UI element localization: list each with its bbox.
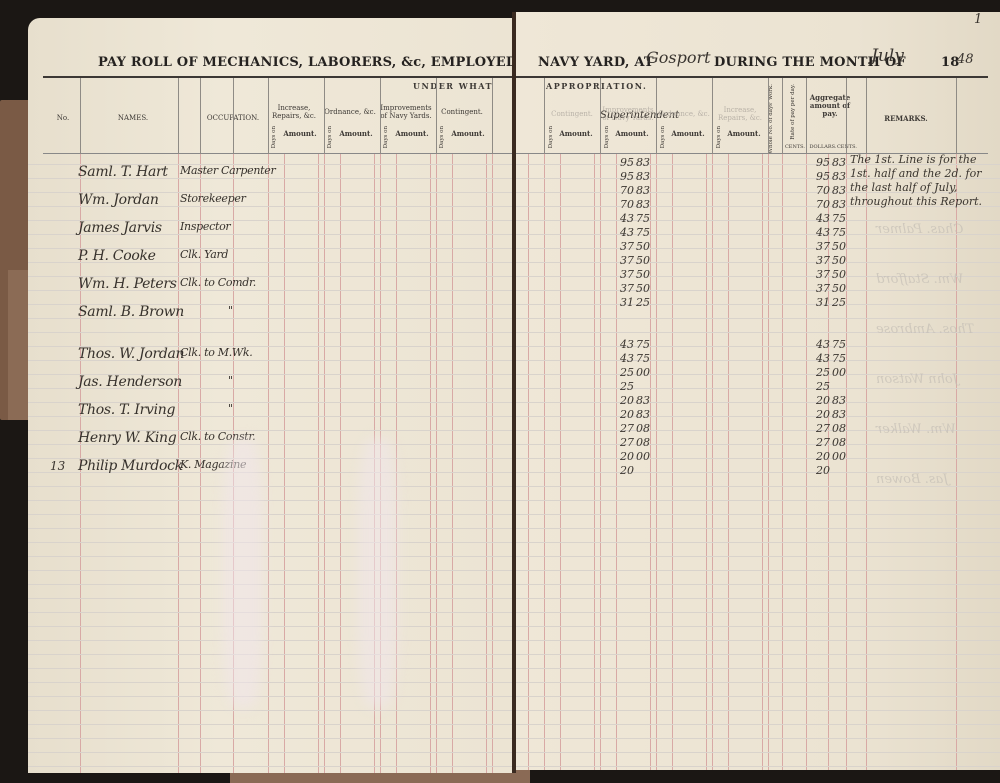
header-top-rule (43, 76, 514, 78)
amount-label: Amount. (282, 130, 318, 138)
ruling-line (656, 154, 657, 770)
ledger-rule (516, 262, 1000, 263)
left-page: PAY ROLL OF MECHANICS, LABORERS, &c, EMP… (28, 18, 514, 773)
amount-label: Amount. (394, 130, 430, 138)
amount-dollars: 43 (620, 226, 634, 239)
ruling-line (762, 154, 763, 770)
amount-dollars: 25 (620, 380, 634, 393)
ledger-rule (28, 514, 514, 515)
amount-dollars: 27 (620, 422, 634, 435)
amount-label: Amount. (558, 130, 594, 138)
ledger-rule (28, 766, 514, 767)
employee-name: Henry W. King (78, 430, 176, 446)
ruling-line (436, 154, 437, 773)
aggregate-dollars: 43 (816, 226, 830, 239)
aggregate-cents: 83 (832, 156, 846, 169)
amount-cents: 83 (636, 170, 650, 183)
aggregate-dollars: 37 (816, 240, 830, 253)
aggregate-dollars: 43 (816, 338, 830, 351)
amount-cents: 75 (636, 352, 650, 365)
aggregate-cents: 08 (832, 422, 846, 435)
header-divider (80, 78, 81, 154)
header-divider (492, 78, 493, 154)
bleed-through-text: Wm. Walker (876, 422, 956, 437)
ledger-rule (516, 696, 1000, 697)
header-divider (782, 78, 783, 154)
header-divider (600, 78, 601, 154)
aggregate-dollars: 37 (816, 282, 830, 295)
amount-cents: 00 (636, 450, 650, 463)
ledger-rule (516, 640, 1000, 641)
bleed-through-text: Chas. Palmer (876, 222, 963, 237)
employee-name: Thos. T. Irving (78, 402, 175, 418)
ruling-line (712, 154, 713, 770)
ledger-rule (516, 626, 1000, 627)
aggregate-dollars: 43 (816, 352, 830, 365)
ruling-line (846, 154, 847, 770)
ledger-rule (28, 752, 514, 753)
amount-cents: 08 (636, 422, 650, 435)
cents-label: CENTS. (782, 143, 808, 151)
aggregate-dollars: 27 (816, 436, 830, 449)
group-header-contingent: Contingent. (436, 108, 488, 116)
aggregate-dollars: 31 (816, 296, 830, 309)
header-bottom-rule (43, 153, 514, 154)
amount-dollars: 95 (620, 170, 634, 183)
ledger-rule (516, 402, 1000, 403)
ledger-rule (28, 556, 514, 557)
days-on-label: Days on (439, 126, 445, 148)
aggregate-dollars: 25 (816, 366, 830, 379)
aggregate-dollars: 20 (816, 394, 830, 407)
group-header-increase-repairs: Increase, Repairs, &c. (714, 106, 766, 122)
ledger-rule (516, 738, 1000, 739)
ledger-rule (516, 570, 1000, 571)
amount-dollars: 31 (620, 296, 634, 309)
header-divider (806, 78, 807, 154)
ruling-line (594, 154, 595, 770)
aggregate-cents: 83 (832, 170, 846, 183)
employee-name: P. H. Cooke (78, 248, 156, 264)
aggregate-dollars: 20 (816, 450, 830, 463)
employee-occupation: Storekeeper (180, 192, 246, 205)
ledger-rule (28, 668, 514, 669)
ledger-rule (28, 696, 514, 697)
aggregate-cents: 75 (832, 338, 846, 351)
ledger-rule (516, 318, 1000, 319)
days-on-label: Days on (383, 126, 389, 148)
days-on-label: Days on (604, 126, 610, 148)
ledger-rule (28, 738, 514, 739)
ruling-line (318, 154, 319, 773)
aggregate-cents: 50 (832, 282, 846, 295)
amount-cents: 50 (636, 254, 650, 267)
paper-stain (223, 438, 263, 708)
group-header-ordnance: Ordnance, &c. (324, 108, 376, 116)
month: July (871, 46, 904, 66)
aggregate-cents: 75 (832, 352, 846, 365)
ruling-line (528, 154, 529, 770)
ledger-rule (28, 612, 514, 613)
ruling-line (706, 154, 707, 770)
days-on-label: Days on (327, 126, 333, 148)
aggregate-cents: 50 (832, 254, 846, 267)
aggregate-dollars: 37 (816, 268, 830, 281)
ruling-line (728, 154, 729, 770)
remark-line: throughout this Report. (850, 195, 982, 208)
ruling-line (486, 154, 487, 773)
ledger-rule (516, 346, 1000, 347)
ledger-rule (516, 416, 1000, 417)
amount-cents: 83 (636, 394, 650, 407)
amount-cents: 83 (636, 198, 650, 211)
header-divider (324, 78, 325, 154)
ledger-rule (516, 500, 1000, 501)
amount-cents: 25 (636, 296, 650, 309)
ruling-line (492, 154, 493, 773)
aggregate-dollars: 43 (816, 212, 830, 225)
ledger-rule (516, 710, 1000, 711)
ruling-line (782, 154, 783, 770)
ledger-rule (516, 556, 1000, 557)
ruling-line (600, 154, 601, 770)
navy-yard-location: Gosport (646, 48, 711, 67)
ledger-rule (516, 682, 1000, 683)
ledger-rule (28, 626, 514, 627)
ledger-rule (516, 668, 1000, 669)
header-divider (200, 78, 201, 154)
header-divider (846, 78, 847, 154)
header-divider (712, 78, 713, 154)
group-header-contingent: Contingent. (546, 110, 598, 118)
row-number: 13 (50, 459, 65, 473)
header-divider (866, 78, 867, 154)
paper-stain (358, 438, 398, 708)
header-divider (178, 78, 179, 154)
amount-label: Amount. (338, 130, 374, 138)
employee-name: Wm. Jordan (78, 192, 159, 208)
employee-name: Thos. W. Jordan (78, 346, 184, 362)
ruling-line (340, 154, 341, 773)
employee-occupation: " (228, 304, 233, 317)
amount-dollars: 70 (620, 198, 634, 211)
right-page: 1 NAVY YARD, AT Gosport DURING THE MONTH… (516, 12, 1000, 770)
ledger-rule (516, 766, 1000, 767)
group-header-improvements: Improvements of Navy Yards. (380, 104, 432, 120)
ledger-rule (516, 598, 1000, 599)
ledger-rule (516, 542, 1000, 543)
aggregate-dollars: 37 (816, 254, 830, 267)
employee-occupation: Clk. to M.Wk. (180, 346, 252, 359)
amount-cents: 75 (636, 212, 650, 225)
ruling-line (396, 154, 397, 773)
amount-dollars: 43 (620, 212, 634, 225)
amount-dollars: 25 (620, 366, 634, 379)
ruling-line (806, 154, 807, 770)
amount-dollars: 37 (620, 254, 634, 267)
ledger-rule (516, 752, 1000, 753)
employee-occupation: Clk. Yard (180, 248, 228, 261)
ruling-line (430, 154, 431, 773)
ruling-line (544, 154, 545, 770)
employee-occupation: " (228, 374, 233, 387)
aggregate-cents: 83 (832, 394, 846, 407)
employee-occupation: Master Carpenter (180, 164, 275, 177)
amount-label: Amount. (726, 130, 762, 138)
aggregate-cents: 83 (832, 408, 846, 421)
aggregate-dollars: 25 (816, 380, 830, 393)
aggregate-dollars: 95 (816, 156, 830, 169)
employee-occupation: Clk. to Comdr. (180, 276, 256, 289)
ledger-rule (516, 612, 1000, 613)
amount-cents: 83 (636, 184, 650, 197)
amount-cents: 00 (636, 366, 650, 379)
header-divider (656, 78, 657, 154)
header-divider (768, 78, 769, 154)
amount-cents: 50 (636, 268, 650, 281)
amount-cents: 83 (636, 156, 650, 169)
header-appropriation: APPROPRIATION. (546, 82, 636, 90)
ledger-rule (516, 724, 1000, 725)
aggregate-cents: 83 (832, 198, 846, 211)
amount-cents: 50 (636, 240, 650, 253)
amount-label: Amount. (670, 130, 706, 138)
header-divider (233, 78, 234, 154)
amount-dollars: 20 (620, 450, 634, 463)
aggregate-dollars: 70 (816, 198, 830, 211)
ledger-rule (516, 304, 1000, 305)
ledger-rule (28, 682, 514, 683)
amount-dollars: 37 (620, 282, 634, 295)
ruling-line (560, 154, 561, 770)
year-suffix: 48 (957, 52, 974, 67)
ledger-rule (516, 220, 1000, 221)
remark-line: the last half of July, (850, 181, 957, 194)
aggregate-cents: 75 (832, 226, 846, 239)
folio-number: 1 (974, 12, 982, 27)
employee-name: Saml. B. Brown (78, 304, 184, 320)
aggregate-cents: 50 (832, 240, 846, 253)
aggregate-dollars: 70 (816, 184, 830, 197)
aggregate-dollars: 20 (816, 464, 830, 477)
header-divider (436, 78, 437, 154)
amount-dollars: 20 (620, 464, 634, 477)
aggregate-dollars: 20 (816, 408, 830, 421)
amount-dollars: 43 (620, 352, 634, 365)
amount-cents: 75 (636, 226, 650, 239)
ledger-rule (28, 486, 514, 487)
ledger-rule (516, 248, 1000, 249)
header-divider (268, 78, 269, 154)
remark-line: 1st. half and the 2d. for (850, 167, 981, 180)
ledger-rule (28, 654, 514, 655)
aggregate-dollars: 95 (816, 170, 830, 183)
employee-name: Philip Murdock (78, 458, 183, 474)
days-on-label: Days on (660, 126, 666, 148)
amount-dollars: 95 (620, 156, 634, 169)
ledger-rule (516, 514, 1000, 515)
amount-dollars: 27 (620, 436, 634, 449)
days-on-label: Days on (716, 126, 722, 148)
ruling-line (866, 154, 867, 770)
employee-name: Jas. Henderson (78, 374, 182, 390)
ledger-rule (28, 584, 514, 585)
days-on-label: Days on (548, 126, 554, 148)
col-header-no: No. (48, 114, 78, 122)
group-header-ordnance: Ordnance, &c. (658, 110, 710, 118)
aggregate-cents: 83 (832, 184, 846, 197)
bleed-through-text: Thos. Ambrose (876, 322, 974, 337)
ledger-rule (28, 570, 514, 571)
ledger-rule (516, 388, 1000, 389)
amount-cents: 08 (636, 436, 650, 449)
ruling-line (268, 154, 269, 773)
aggregate-cents: 75 (832, 212, 846, 225)
employee-name: Wm. H. Peters (78, 276, 177, 292)
ledger-rule (516, 584, 1000, 585)
employee-name: Saml. T. Hart (78, 164, 168, 180)
header-top-rule (516, 76, 988, 78)
ledger-rule (28, 528, 514, 529)
amount-dollars: 20 (620, 394, 634, 407)
aggregate-cents: 50 (832, 268, 846, 281)
amount-cents: 75 (636, 338, 650, 351)
amount-label: Amount. (614, 130, 650, 138)
ruling-line (768, 154, 769, 770)
ledger-rule (516, 360, 1000, 361)
rate-per-day-label: Rate of pay per day. (790, 84, 796, 140)
employee-occupation: " (228, 402, 233, 415)
bleed-through-text: John Watson (876, 372, 958, 387)
header-divider (380, 78, 381, 154)
ledger-rule (28, 332, 514, 333)
ledger-rule (28, 542, 514, 543)
ruling-line (452, 154, 453, 773)
ledger-rule (28, 500, 514, 501)
amount-dollars: 37 (620, 268, 634, 281)
ledger-rule (28, 724, 514, 725)
amount-dollars: 20 (620, 408, 634, 421)
amount-dollars: 43 (620, 338, 634, 351)
ledger-rule (516, 528, 1000, 529)
header-divider (956, 78, 957, 154)
ledger-rule (28, 640, 514, 641)
bleed-through-text: Wm. Stafford (876, 272, 963, 287)
ruling-line (672, 154, 673, 770)
ledger-rule (516, 290, 1000, 291)
ruling-line (616, 154, 617, 770)
aggregate-cents: 00 (832, 366, 846, 379)
group-header-increase-repairs: Increase, Repairs, &c. (268, 104, 320, 120)
amount-dollars: 37 (620, 240, 634, 253)
amount-cents: 50 (636, 282, 650, 295)
ledger-rule (516, 654, 1000, 655)
dollars-label: DOLLARS. (809, 143, 837, 151)
amount-label: Amount. (450, 130, 486, 138)
remark-line: The 1st. Line is for the (850, 153, 977, 166)
ruling-line (650, 154, 651, 770)
aggregate-cents: 25 (832, 296, 846, 309)
ruling-line (324, 154, 325, 773)
employee-name: James Jarvis (78, 220, 162, 236)
bleed-through-text: Jas. Bowen (876, 472, 948, 487)
ruling-line (284, 154, 285, 773)
ledger-rule (28, 598, 514, 599)
amount-cents: 83 (636, 408, 650, 421)
aggregate-cents: 00 (832, 450, 846, 463)
aggregate-cents: 08 (832, 436, 846, 449)
header-divider (544, 78, 545, 154)
col-header-remarks: REMARKS. (876, 115, 936, 123)
title-left: PAY ROLL OF MECHANICS, LABORERS, &c, EMP… (98, 55, 514, 70)
col-header-names: NAMES. (83, 114, 183, 122)
ledger-rule (28, 710, 514, 711)
ledger-rule (516, 444, 1000, 445)
ruling-line (956, 154, 957, 770)
days-on-label: Days on (271, 126, 277, 148)
employee-occupation: Inspector (180, 220, 230, 233)
cents-label: CENTS. (836, 143, 858, 151)
aggregate-dollars: 27 (816, 422, 830, 435)
amount-dollars: 70 (620, 184, 634, 197)
title-right-prefix: NAVY YARD, AT (538, 55, 654, 70)
ledger-rule (516, 458, 1000, 459)
